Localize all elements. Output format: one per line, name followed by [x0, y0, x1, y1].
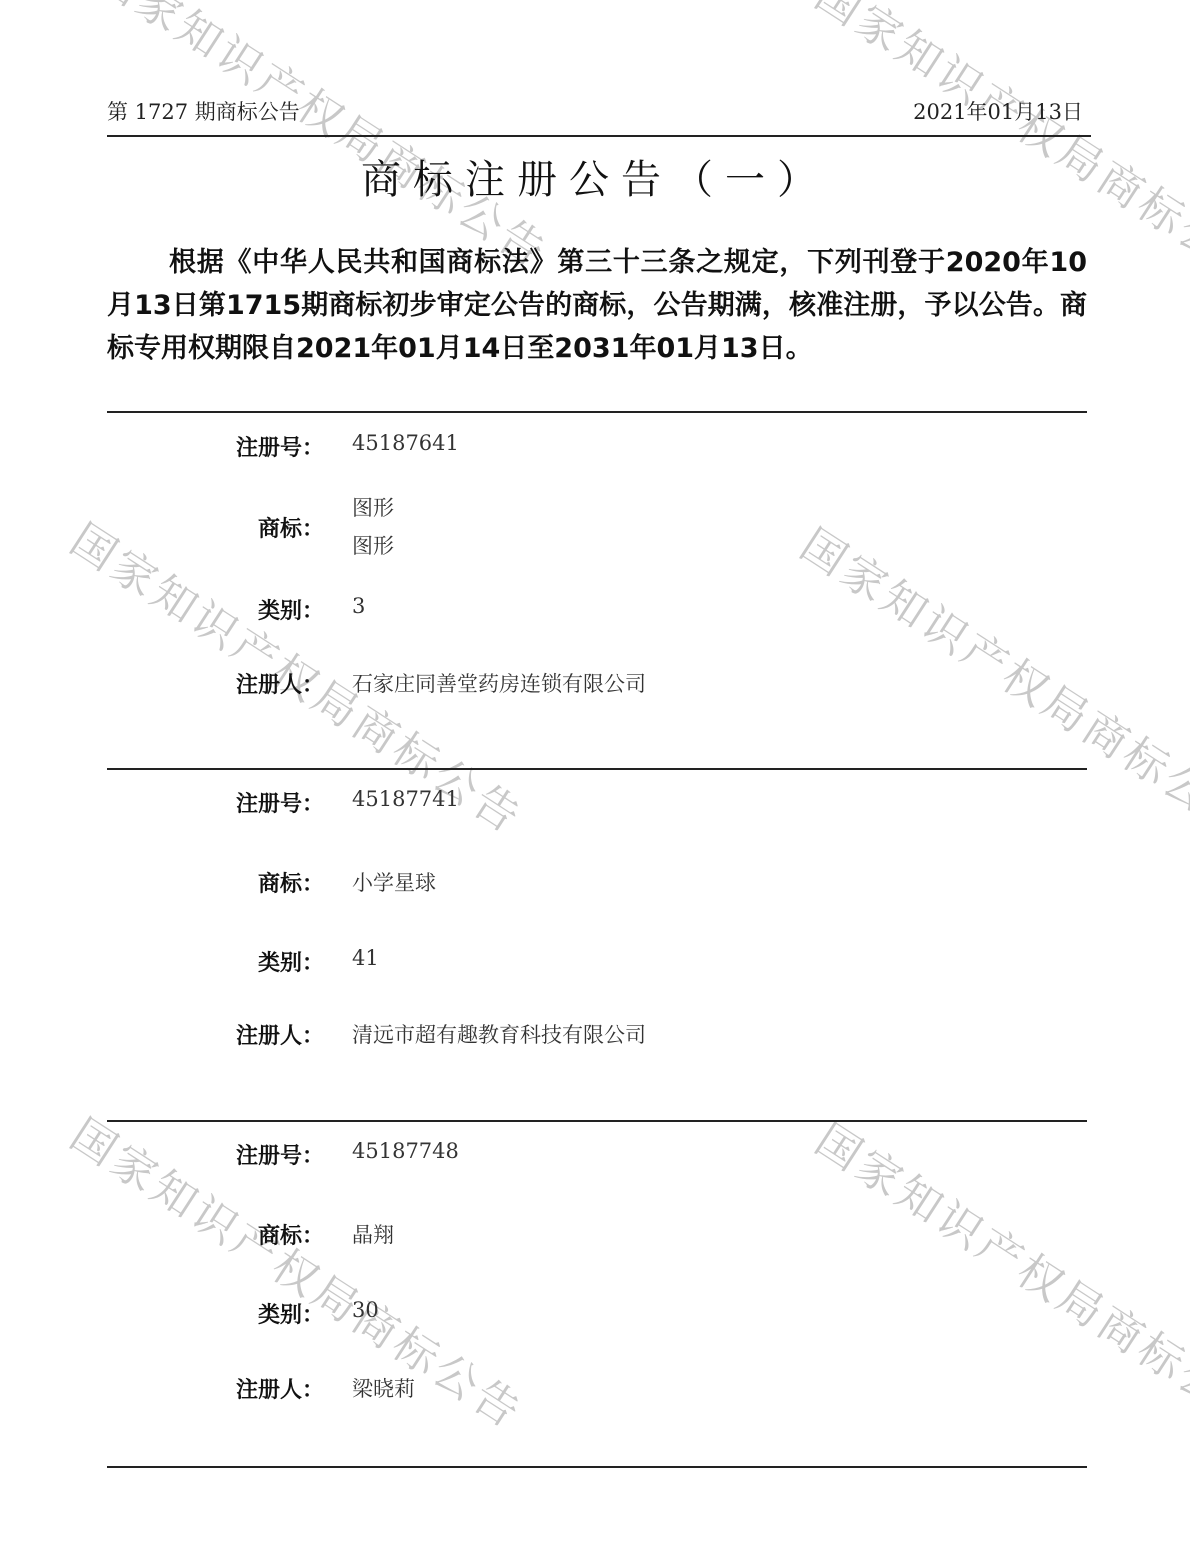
intro-paragraph: 根据《中华人民共和国商标法》第三十三条之规定，下列刊登于2020年10月13日第…: [107, 241, 1087, 370]
mark-value: 图形 图形: [352, 489, 394, 565]
page-title: 商标注册公告（一）: [0, 148, 1190, 205]
section-divider: [107, 411, 1087, 413]
class-value: 41: [352, 946, 379, 970]
mark-value: 小学星球: [352, 867, 436, 897]
registrant-label: 注册人：: [236, 668, 324, 699]
watermark: 国家知识产权局商标公告: [805, 1105, 1190, 1446]
registrant-label: 注册人：: [236, 1019, 324, 1050]
mark-label: 商标：: [258, 512, 324, 543]
registrant-label: 注册人：: [236, 1373, 324, 1404]
watermark: 国家知识产权局商标公告: [790, 510, 1190, 851]
reg-no-value: 45187748: [352, 1139, 459, 1163]
class-label: 类别：: [258, 946, 324, 977]
class-value: 3: [352, 594, 365, 618]
reg-no-label: 注册号：: [236, 431, 324, 462]
section-divider: [107, 768, 1087, 770]
issue-number: 第 1727 期商标公告: [107, 96, 300, 126]
section-divider: [107, 1466, 1087, 1468]
header-divider: [107, 135, 1091, 137]
registrant-value: 梁晓莉: [352, 1373, 415, 1403]
reg-no-label: 注册号：: [236, 1139, 324, 1170]
mark-value: 晶翔: [352, 1219, 394, 1249]
class-label: 类别：: [258, 1298, 324, 1329]
mark-label: 商标：: [258, 1219, 324, 1250]
reg-no-value: 45187641: [352, 431, 459, 455]
watermark: 国家知识产权局商标公告: [85, 0, 563, 281]
mark-label: 商标：: [258, 867, 324, 898]
page-header: 第 1727 期商标公告 2021年01月13日: [107, 96, 1085, 132]
reg-no-label: 注册号：: [236, 787, 324, 818]
class-value: 30: [352, 1298, 379, 1322]
reg-no-value: 45187741: [352, 787, 459, 811]
class-label: 类别：: [258, 594, 324, 625]
section-divider: [107, 1120, 1087, 1122]
publication-date: 2021年01月13日: [913, 96, 1083, 126]
registrant-value: 石家庄同善堂药房连锁有限公司: [352, 668, 646, 698]
mark-line: 图形: [352, 527, 394, 565]
registrant-value: 清远市超有趣教育科技有限公司: [352, 1019, 646, 1049]
mark-line: 图形: [352, 489, 394, 527]
